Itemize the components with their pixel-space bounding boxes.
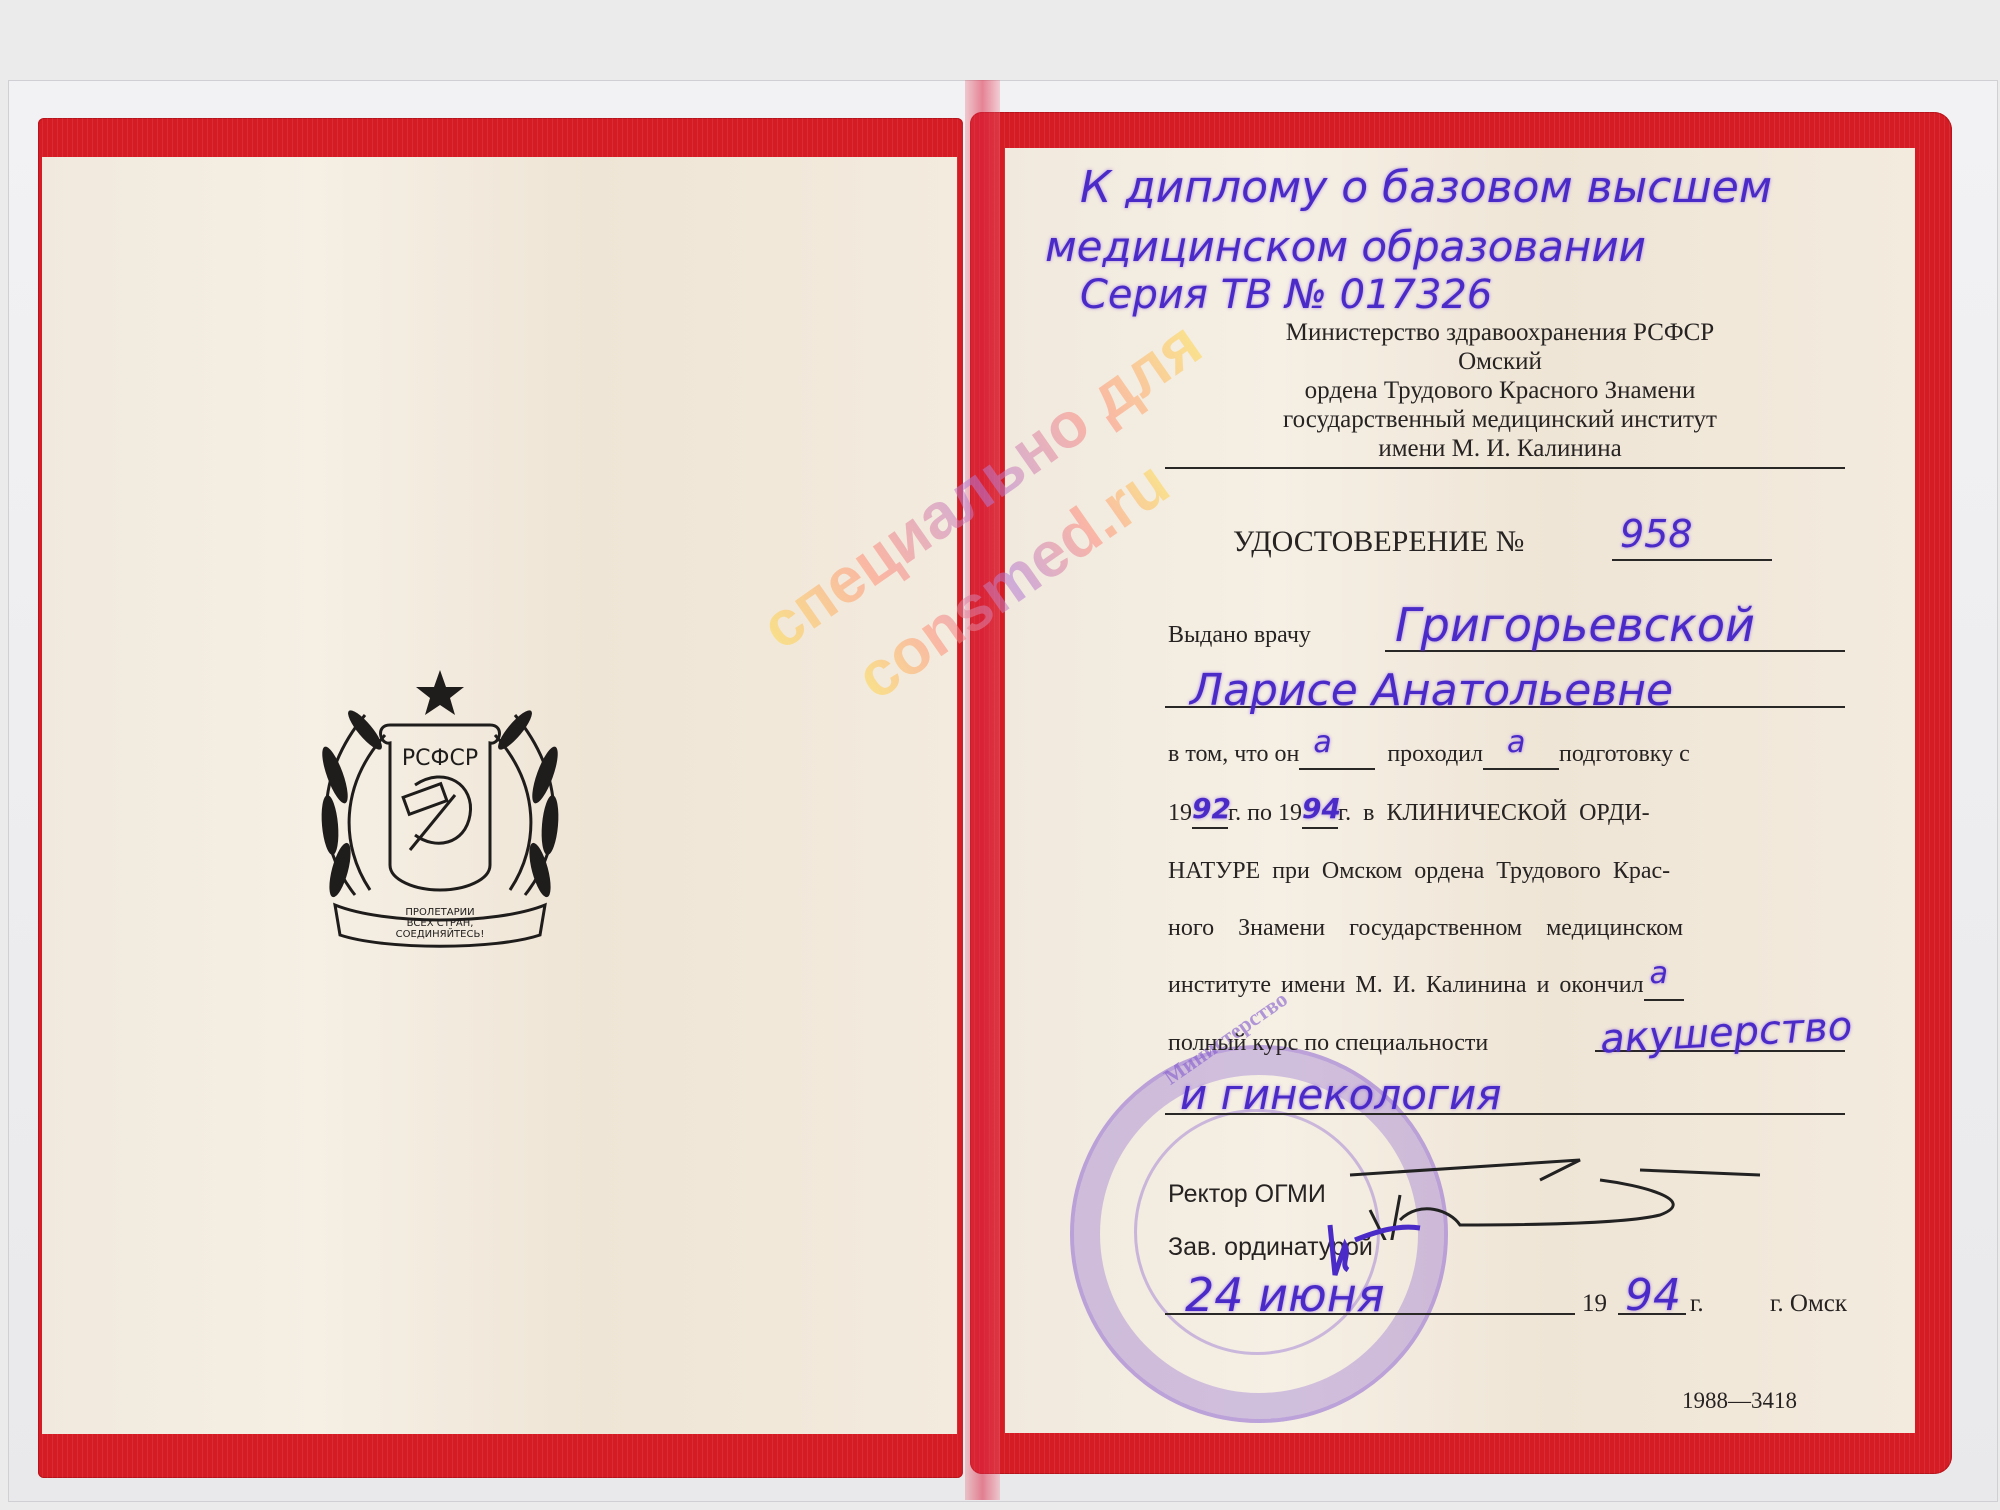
header-order: ордена Трудового Красного Знамени (1160, 376, 1840, 405)
body-line6: полный курс по специальности (1168, 1030, 1488, 1057)
svg-text:ПРОЛЕТАРИИ: ПРОЛЕТАРИИ (405, 907, 474, 918)
rsfsr-emblem-icon: РСФСР ПРОЛЕТАРИИ ВСЕХ СТРАН, СОЕДИНЯЙТЕС… (295, 665, 585, 955)
year-unit: г. (1690, 1290, 1704, 1318)
svg-text:ВСЕХ СТРАН,: ВСЕХ СТРАН, (407, 918, 474, 929)
year-to-fill: 94 (1302, 800, 1338, 829)
handwritten-note-line2: медицинском образовании (1045, 222, 1646, 271)
institution-header: Министерство здравоохранения РСФСР Омски… (1160, 318, 1840, 463)
svg-text:СОЕДИНЯЙТЕСЬ!: СОЕДИНЯЙТЕСЬ! (396, 927, 485, 940)
recipient-surname: Григорьевской (1395, 598, 1755, 652)
gender-fill-3: а (1644, 972, 1684, 1001)
print-code: 1988—3418 (1682, 1388, 1797, 1414)
issue-year: 94 (1625, 1270, 1681, 1321)
body-text: в том, что он (1168, 741, 1299, 767)
body-text: подготовку с (1559, 741, 1690, 767)
issued-to-label: Выдано врачу (1168, 622, 1311, 649)
header-institute: государственный медицинский институт (1160, 405, 1840, 434)
body-text: проходил (1387, 741, 1483, 767)
body-text: 19 (1168, 800, 1192, 826)
certificate-number: 958 (1620, 512, 1693, 556)
issue-city: г. Омск (1770, 1290, 1847, 1318)
year-prefix: 19 (1582, 1290, 1607, 1318)
body-line3: НАТУРЕ при Омском ордена Трудового Крас- (1168, 858, 1670, 885)
handwritten-note-line1: К диплому о базовом высшем (1080, 162, 1772, 213)
year-from-fill: 92 (1192, 800, 1228, 829)
body-line1: в том, что она проходила подготовку с (1168, 741, 1690, 770)
body-line5: институте имени М. И. Калинина и окончил… (1168, 972, 1684, 1001)
body-line4: ного Знамени государственном медицинском (1168, 915, 1683, 942)
body-text: институте имени М. И. Калинина и окончил (1168, 972, 1644, 998)
body-line2: 1992 г. по 1994 г. в КЛИНИЧЕСКОЙ ОРДИ- (1168, 800, 1650, 829)
spine-fold (965, 80, 1000, 1500)
header-name: имени М. И. Калинина (1160, 434, 1840, 463)
header-divider (1165, 467, 1845, 469)
gender-fill-1: а (1299, 741, 1375, 770)
header-ministry: Министерство здравоохранения РСФСР (1160, 318, 1840, 347)
issue-date-day-month: 24 июня (1185, 1268, 1385, 1322)
body-text: г. по 19 (1228, 800, 1302, 826)
gender-fill-2: а (1483, 741, 1559, 770)
certificate-title: УДОСТОВЕРЕНИЕ № (1233, 525, 1524, 559)
header-city: Омский (1160, 347, 1840, 376)
number-underline (1612, 559, 1772, 561)
recipient-name-patronymic: Ларисе Анатольевне (1190, 665, 1673, 716)
svg-text:РСФСР: РСФСР (402, 746, 478, 771)
body-text: г. в КЛИНИЧЕСКОЙ ОРДИ- (1338, 800, 1650, 826)
handwritten-note-line3: Серия ТВ № 017326 (1080, 272, 1492, 318)
specialty-line2: и гинекология (1180, 1070, 1502, 1119)
